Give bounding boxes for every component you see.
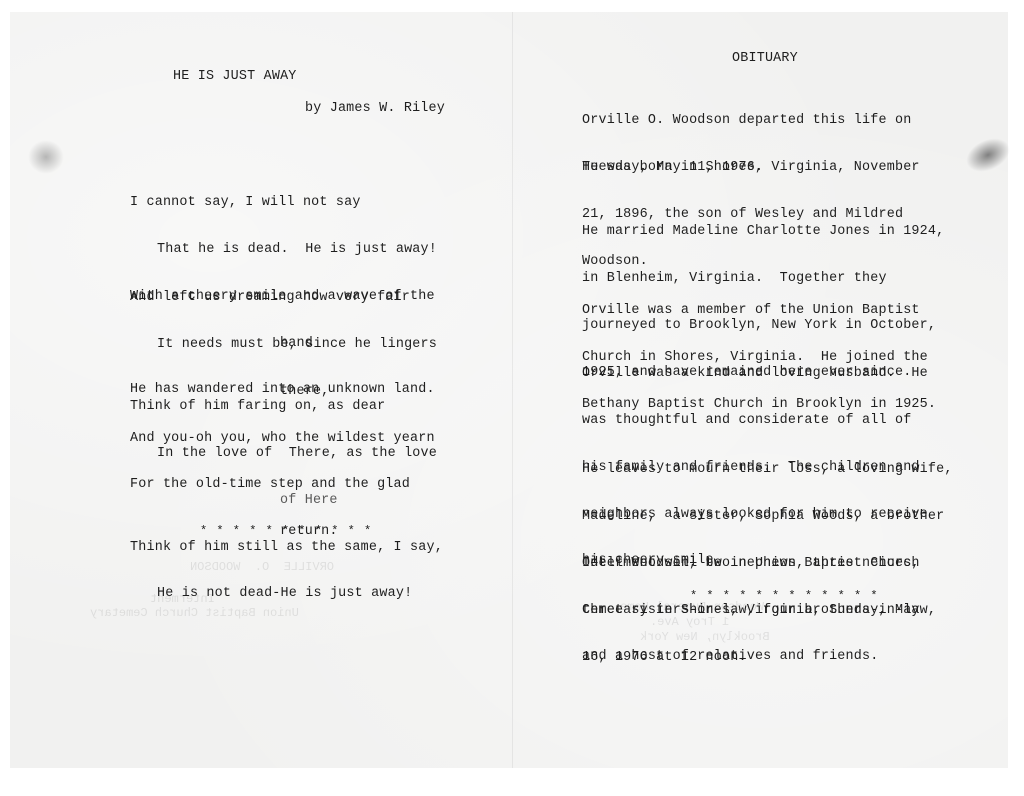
obituary-line: He leaves to mourn their loss, a loving … — [582, 462, 953, 478]
obituary-title: OBITUARY — [732, 51, 798, 67]
obituary-line: Cemetary in Shores, Virginia, Sunday, Ma… — [582, 603, 920, 619]
divider-stars: * * * * * * * * * * * * — [690, 589, 879, 605]
poem-stanza-3: Think of him faring on, as dear In the l… — [130, 368, 443, 618]
poem-title: HE IS JUST AWAY — [173, 69, 297, 85]
poem-line: He is not dead-He is just away! — [130, 586, 443, 602]
obituary-line: Orville O. Woodson departed this life on — [582, 113, 911, 129]
poem-line: I cannot say, I will not say — [130, 195, 437, 211]
obituary-line: Madeline, a sister, Sophia Woods, a brot… — [582, 509, 953, 525]
poem-line: of Here — [130, 493, 443, 509]
divider-stars: * * * * * * * * * * * — [200, 524, 372, 540]
poem-line: Think of him still as the same, I say, — [130, 540, 443, 556]
poem-line: In the love of There, as the love — [130, 446, 443, 462]
obituary-line: Orville was a kind and loving husband. H… — [582, 366, 928, 382]
ink-smudge — [28, 140, 64, 174]
poem-line: That he is dead. He is just away! — [130, 242, 437, 258]
obituary-line: He married Madeline Charlotte Jones in 1… — [582, 224, 944, 240]
poem-line: And left us dreaming how very fair — [130, 290, 437, 306]
obituary-line: 16, 1976 at 12 noon. — [582, 650, 920, 666]
obituary-line: Interment will be in Union Baptist Churc… — [582, 556, 920, 572]
obituary-line: was thoughtful and considerate of all of — [582, 413, 928, 429]
poem-line: It needs must be, since he lingers — [130, 337, 437, 353]
poem-line: Think of him faring on, as dear — [130, 399, 443, 415]
obituary-line: He was born in Shores, Virginia, Novembe… — [582, 160, 920, 176]
poem-author: by James W. Riley — [305, 101, 445, 117]
obituary-line: Orville was a member of the Union Baptis… — [582, 303, 936, 319]
page-fold — [512, 12, 513, 768]
